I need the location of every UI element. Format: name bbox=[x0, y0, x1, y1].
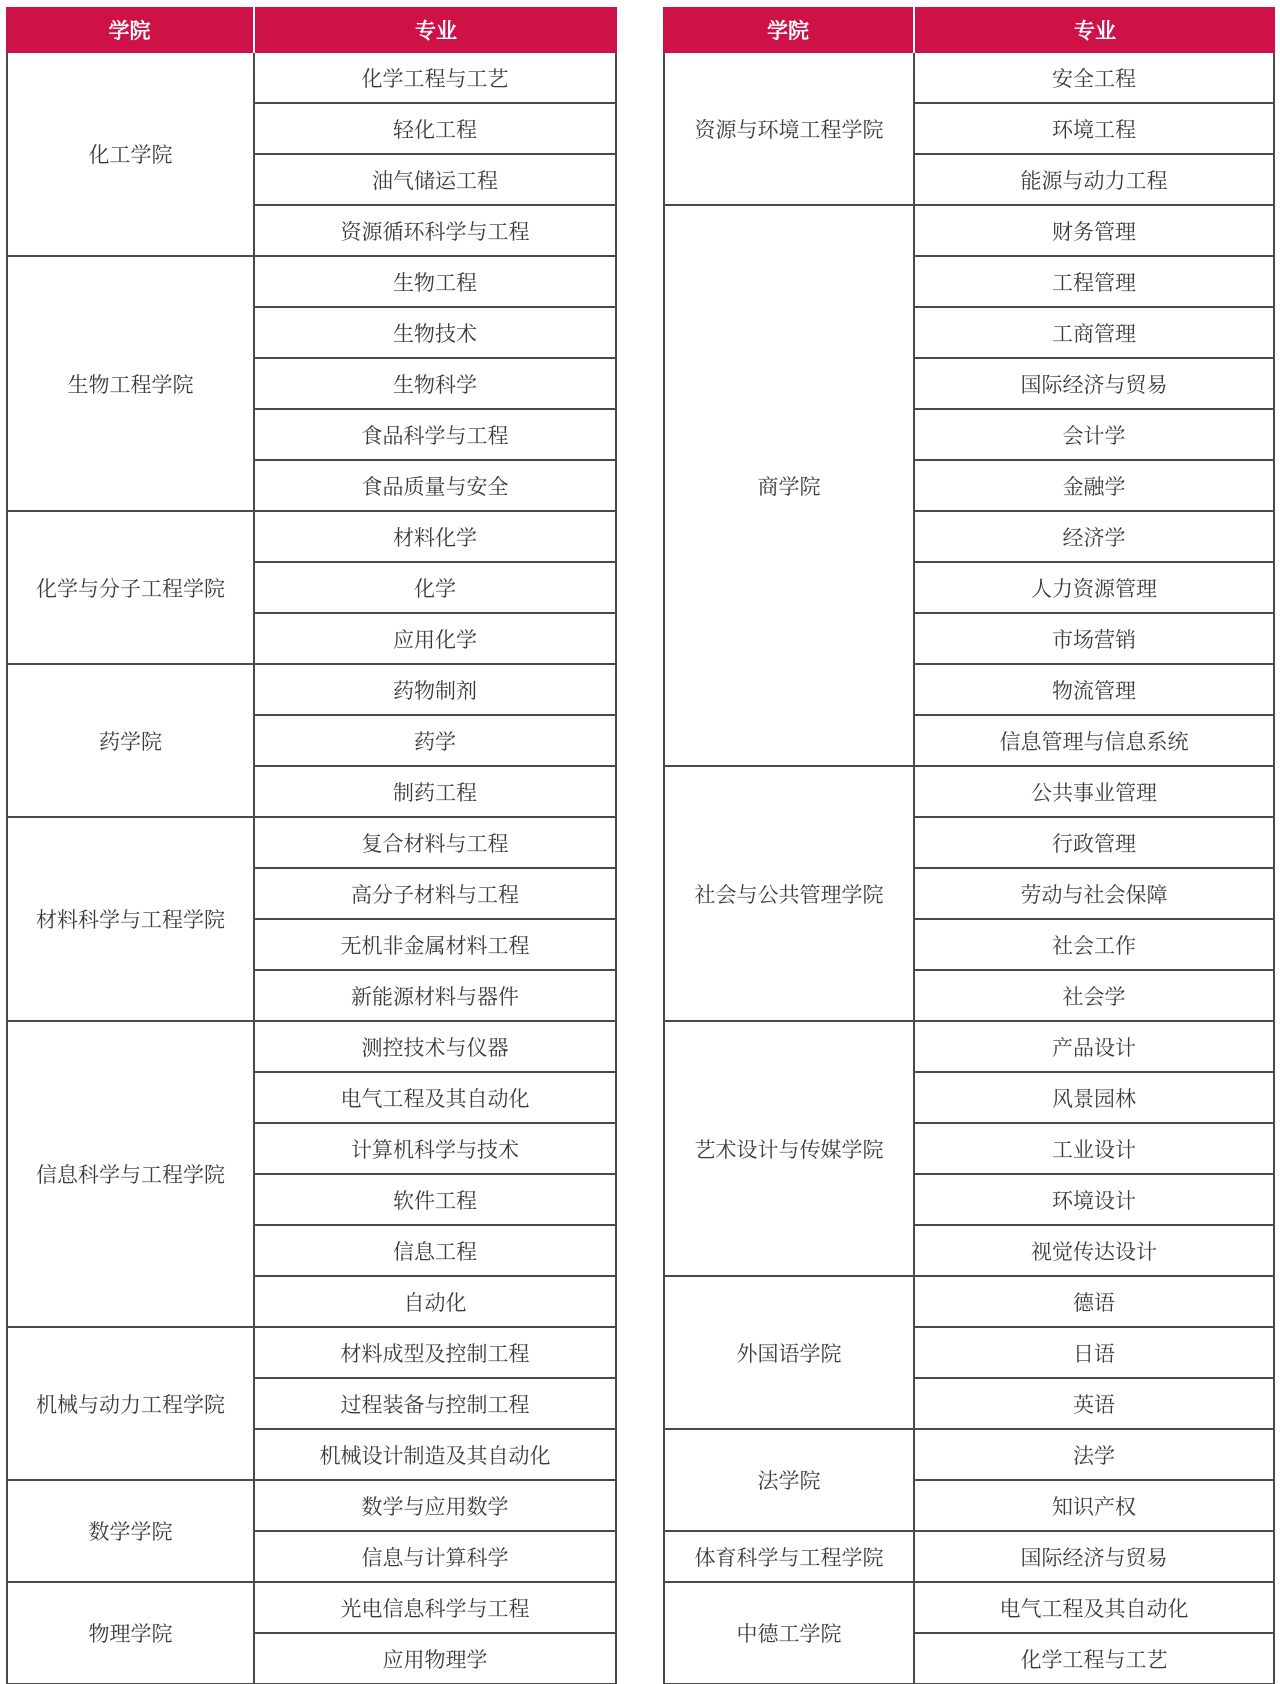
table-body: 资源与环境工程学院安全工程环境工程能源与动力工程商学院财务管理工程管理工商管理国… bbox=[663, 53, 1275, 1684]
table-row: 数学学院数学与应用数学 bbox=[6, 1481, 617, 1532]
college-header-cell: 学院 bbox=[6, 7, 253, 53]
major-cell: 会计学 bbox=[913, 410, 1275, 461]
header-row: 学院专业 bbox=[663, 7, 1275, 53]
major-cell: 财务管理 bbox=[913, 206, 1275, 257]
major-cell: 公共事业管理 bbox=[913, 767, 1275, 818]
college-cell: 化学与分子工程学院 bbox=[6, 512, 253, 665]
table-body: 化工学院化学工程与工艺轻化工程油气储运工程资源循环科学与工程生物工程学院生物工程… bbox=[6, 53, 617, 1684]
table-row: 外国语学院德语 bbox=[663, 1277, 1275, 1328]
major-cell: 油气储运工程 bbox=[253, 155, 617, 206]
college-cell: 信息科学与工程学院 bbox=[6, 1022, 253, 1328]
college-cell: 资源与环境工程学院 bbox=[663, 53, 913, 206]
major-cell: 国际经济与贸易 bbox=[913, 359, 1275, 410]
major-cell: 工商管理 bbox=[913, 308, 1275, 359]
major-cell: 国际经济与贸易 bbox=[913, 1532, 1275, 1583]
college-header-cell: 学院 bbox=[663, 7, 913, 53]
major-cell: 能源与动力工程 bbox=[913, 155, 1275, 206]
major-cell: 新能源材料与器件 bbox=[253, 971, 617, 1022]
table-header: 学院专业 bbox=[663, 7, 1275, 53]
college-cell: 艺术设计与传媒学院 bbox=[663, 1022, 913, 1277]
major-cell: 环境工程 bbox=[913, 104, 1275, 155]
table-row: 艺术设计与传媒学院产品设计 bbox=[663, 1022, 1275, 1073]
major-cell: 化学工程与工艺 bbox=[913, 1634, 1275, 1684]
college-major-table-left: 学院专业化工学院化学工程与工艺轻化工程油气储运工程资源循环科学与工程生物工程学院… bbox=[6, 7, 617, 1684]
college-cell: 商学院 bbox=[663, 206, 913, 767]
major-cell: 知识产权 bbox=[913, 1481, 1275, 1532]
major-cell: 药物制剂 bbox=[253, 665, 617, 716]
major-cell: 无机非金属材料工程 bbox=[253, 920, 617, 971]
major-cell: 视觉传达设计 bbox=[913, 1226, 1275, 1277]
major-cell: 社会工作 bbox=[913, 920, 1275, 971]
major-cell: 光电信息科学与工程 bbox=[253, 1583, 617, 1634]
major-cell: 机械设计制造及其自动化 bbox=[253, 1430, 617, 1481]
college-cell: 化工学院 bbox=[6, 53, 253, 257]
major-cell: 高分子材料与工程 bbox=[253, 869, 617, 920]
college-cell: 社会与公共管理学院 bbox=[663, 767, 913, 1022]
major-cell: 资源循环科学与工程 bbox=[253, 206, 617, 257]
major-cell: 材料化学 bbox=[253, 512, 617, 563]
major-cell: 轻化工程 bbox=[253, 104, 617, 155]
major-cell: 英语 bbox=[913, 1379, 1275, 1430]
college-cell: 法学院 bbox=[663, 1430, 913, 1532]
major-cell: 安全工程 bbox=[913, 53, 1275, 104]
major-cell: 过程装备与控制工程 bbox=[253, 1379, 617, 1430]
major-cell: 电气工程及其自动化 bbox=[253, 1073, 617, 1124]
major-cell: 电气工程及其自动化 bbox=[913, 1583, 1275, 1634]
major-cell: 产品设计 bbox=[913, 1022, 1275, 1073]
major-cell: 应用化学 bbox=[253, 614, 617, 665]
major-cell: 物流管理 bbox=[913, 665, 1275, 716]
major-cell: 自动化 bbox=[253, 1277, 617, 1328]
table-row: 生物工程学院生物工程 bbox=[6, 257, 617, 308]
table-row: 材料科学与工程学院复合材料与工程 bbox=[6, 818, 617, 869]
major-cell: 食品质量与安全 bbox=[253, 461, 617, 512]
major-cell: 人力资源管理 bbox=[913, 563, 1275, 614]
major-cell: 信息与计算科学 bbox=[253, 1532, 617, 1583]
table-row: 资源与环境工程学院安全工程 bbox=[663, 53, 1275, 104]
college-major-table-right: 学院专业资源与环境工程学院安全工程环境工程能源与动力工程商学院财务管理工程管理工… bbox=[663, 7, 1275, 1684]
college-cell: 中德工学院 bbox=[663, 1583, 913, 1684]
major-cell: 法学 bbox=[913, 1430, 1275, 1481]
table-row: 物理学院光电信息科学与工程 bbox=[6, 1583, 617, 1634]
major-cell: 工程管理 bbox=[913, 257, 1275, 308]
major-cell: 应用物理学 bbox=[253, 1634, 617, 1684]
major-cell: 劳动与社会保障 bbox=[913, 869, 1275, 920]
major-cell: 市场营销 bbox=[913, 614, 1275, 665]
college-cell: 药学院 bbox=[6, 665, 253, 818]
major-cell: 日语 bbox=[913, 1328, 1275, 1379]
major-cell: 工业设计 bbox=[913, 1124, 1275, 1175]
college-cell: 外国语学院 bbox=[663, 1277, 913, 1430]
major-cell: 计算机科学与技术 bbox=[253, 1124, 617, 1175]
table-row: 法学院法学 bbox=[663, 1430, 1275, 1481]
major-cell: 经济学 bbox=[913, 512, 1275, 563]
table-row: 信息科学与工程学院测控技术与仪器 bbox=[6, 1022, 617, 1073]
major-cell: 复合材料与工程 bbox=[253, 818, 617, 869]
college-cell: 生物工程学院 bbox=[6, 257, 253, 512]
major-cell: 风景园林 bbox=[913, 1073, 1275, 1124]
major-cell: 软件工程 bbox=[253, 1175, 617, 1226]
college-cell: 数学学院 bbox=[6, 1481, 253, 1583]
major-cell: 测控技术与仪器 bbox=[253, 1022, 617, 1073]
major-cell: 化学 bbox=[253, 563, 617, 614]
major-cell: 生物工程 bbox=[253, 257, 617, 308]
major-cell: 生物技术 bbox=[253, 308, 617, 359]
major-cell: 药学 bbox=[253, 716, 617, 767]
table-row: 化学与分子工程学院材料化学 bbox=[6, 512, 617, 563]
college-cell: 机械与动力工程学院 bbox=[6, 1328, 253, 1481]
major-cell: 环境设计 bbox=[913, 1175, 1275, 1226]
major-cell: 信息工程 bbox=[253, 1226, 617, 1277]
major-cell: 生物科学 bbox=[253, 359, 617, 410]
table-row: 中德工学院电气工程及其自动化 bbox=[663, 1583, 1275, 1634]
major-cell: 社会学 bbox=[913, 971, 1275, 1022]
major-cell: 行政管理 bbox=[913, 818, 1275, 869]
major-cell: 信息管理与信息系统 bbox=[913, 716, 1275, 767]
table-row: 机械与动力工程学院材料成型及控制工程 bbox=[6, 1328, 617, 1379]
major-cell: 金融学 bbox=[913, 461, 1275, 512]
table-row: 体育科学与工程学院国际经济与贸易 bbox=[663, 1532, 1275, 1583]
major-header-cell: 专业 bbox=[913, 7, 1275, 53]
major-header-cell: 专业 bbox=[253, 7, 617, 53]
major-cell: 德语 bbox=[913, 1277, 1275, 1328]
header-row: 学院专业 bbox=[6, 7, 617, 53]
table-row: 化工学院化学工程与工艺 bbox=[6, 53, 617, 104]
table-row: 药学院药物制剂 bbox=[6, 665, 617, 716]
table-header: 学院专业 bbox=[6, 7, 617, 53]
college-cell: 材料科学与工程学院 bbox=[6, 818, 253, 1022]
college-major-page: 学院专业化工学院化学工程与工艺轻化工程油气储运工程资源循环科学与工程生物工程学院… bbox=[0, 0, 1280, 1684]
major-cell: 食品科学与工程 bbox=[253, 410, 617, 461]
major-cell: 数学与应用数学 bbox=[253, 1481, 617, 1532]
table-row: 商学院财务管理 bbox=[663, 206, 1275, 257]
major-cell: 材料成型及控制工程 bbox=[253, 1328, 617, 1379]
college-cell: 物理学院 bbox=[6, 1583, 253, 1684]
major-cell: 制药工程 bbox=[253, 767, 617, 818]
major-cell: 化学工程与工艺 bbox=[253, 53, 617, 104]
college-cell: 体育科学与工程学院 bbox=[663, 1532, 913, 1583]
table-row: 社会与公共管理学院公共事业管理 bbox=[663, 767, 1275, 818]
